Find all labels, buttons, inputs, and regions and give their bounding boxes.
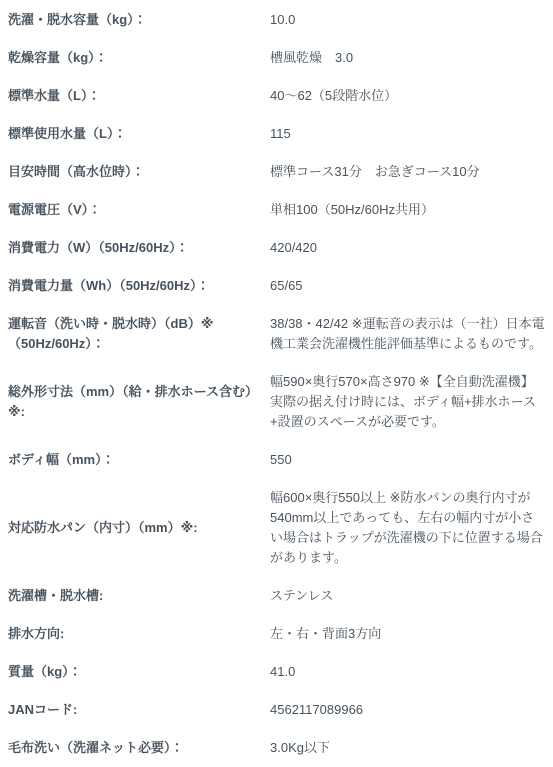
- spec-label: 洗濯・脱水容量（kg）：: [0, 10, 270, 30]
- spec-row: 目安時間（高水位時）： 標準コース31分 お急ぎコース10分: [0, 153, 553, 191]
- spec-row: 洗濯槽・脱水槽: ステンレス: [0, 577, 553, 615]
- spec-row: 運転音（洗い時・脱水時）（dB）※（50Hz/60Hz）： 38/38・42/4…: [0, 305, 553, 363]
- spec-label: 電源電圧（V）：: [0, 200, 270, 220]
- spec-value: 65/65: [270, 276, 553, 296]
- spec-row: 標準使用水量（L）： 115: [0, 115, 553, 153]
- product-spec-table: 洗濯・脱水容量（kg）： 10.0 乾燥容量（kg）： 槽風乾燥 3.0 標準水…: [0, 0, 553, 767]
- spec-value: 41.0: [270, 662, 553, 682]
- spec-row: JANコード: 4562117089966: [0, 691, 553, 729]
- spec-row: 消費電力（W）（50Hz/60Hz）： 420/420: [0, 229, 553, 267]
- spec-value: 幅590×奥行570×高さ970 ※【全自動洗濯機】実際の据え付け時には、ボディ…: [270, 372, 553, 432]
- spec-label: 乾燥容量（kg）：: [0, 48, 270, 68]
- spec-value: 4562117089966: [270, 700, 553, 720]
- spec-label: 洗濯槽・脱水槽:: [0, 586, 270, 606]
- spec-row: 排水方向: 左・右・背面3方向: [0, 615, 553, 653]
- spec-label: JANコード:: [0, 700, 270, 720]
- spec-label: 標準使用水量（L）：: [0, 124, 270, 144]
- spec-row: 質量（kg）： 41.0: [0, 653, 553, 691]
- spec-row: 電源電圧（V）： 単相100（50Hz/60Hz共用）: [0, 191, 553, 229]
- spec-value: 10.0: [270, 10, 553, 30]
- spec-label: 運転音（洗い時・脱水時）（dB）※（50Hz/60Hz）：: [0, 314, 270, 354]
- spec-row: 消費電力量（Wh）（50Hz/60Hz）： 65/65: [0, 267, 553, 305]
- spec-value: 550: [270, 450, 553, 470]
- spec-label: 標準水量（L）：: [0, 86, 270, 106]
- spec-value: ステンレス: [270, 586, 553, 606]
- spec-value: 単相100（50Hz/60Hz共用）: [270, 200, 553, 220]
- spec-row: ボディ幅（mm）： 550: [0, 441, 553, 479]
- spec-label: 質量（kg）：: [0, 662, 270, 682]
- spec-value: 左・右・背面3方向: [270, 624, 553, 644]
- spec-value: 標準コース31分 お急ぎコース10分: [270, 162, 553, 182]
- spec-row: 毛布洗い（洗濯ネット必要）： 3.0Kg以下: [0, 729, 553, 767]
- spec-value: 3.0Kg以下: [270, 738, 553, 758]
- spec-value: 420/420: [270, 238, 553, 258]
- spec-row: 対応防水パン（内寸）（mm）※: 幅600×奥行550以上 ※防水パンの奥行内寸…: [0, 479, 553, 577]
- spec-label: 対応防水パン（内寸）（mm）※:: [0, 518, 270, 538]
- spec-value: 槽風乾燥 3.0: [270, 48, 553, 68]
- spec-label: 目安時間（高水位時）：: [0, 162, 270, 182]
- spec-value: 幅600×奥行550以上 ※防水パンの奥行内寸が540mm以上であっても、左右の…: [270, 488, 553, 568]
- spec-label: 消費電力量（Wh）（50Hz/60Hz）：: [0, 276, 270, 296]
- spec-label: ボディ幅（mm）：: [0, 450, 270, 470]
- spec-label: 消費電力（W）（50Hz/60Hz）：: [0, 238, 270, 258]
- spec-label: 排水方向:: [0, 624, 270, 644]
- spec-label: 総外形寸法（mm）（給・排水ホース含む）※:: [0, 382, 270, 422]
- spec-row: 洗濯・脱水容量（kg）： 10.0: [0, 1, 553, 39]
- spec-value: 115: [270, 124, 553, 144]
- spec-label: 毛布洗い（洗濯ネット必要）：: [0, 738, 270, 758]
- spec-value: 38/38・42/42 ※運転音の表示は（一社）日本電機工業会洗濯機性能評価基準…: [270, 314, 553, 354]
- spec-row: 乾燥容量（kg）： 槽風乾燥 3.0: [0, 39, 553, 77]
- spec-row: 標準水量（L）： 40〜62（5段階水位）: [0, 77, 553, 115]
- spec-row: 総外形寸法（mm）（給・排水ホース含む）※: 幅590×奥行570×高さ970 …: [0, 363, 553, 441]
- spec-value: 40〜62（5段階水位）: [270, 86, 553, 106]
